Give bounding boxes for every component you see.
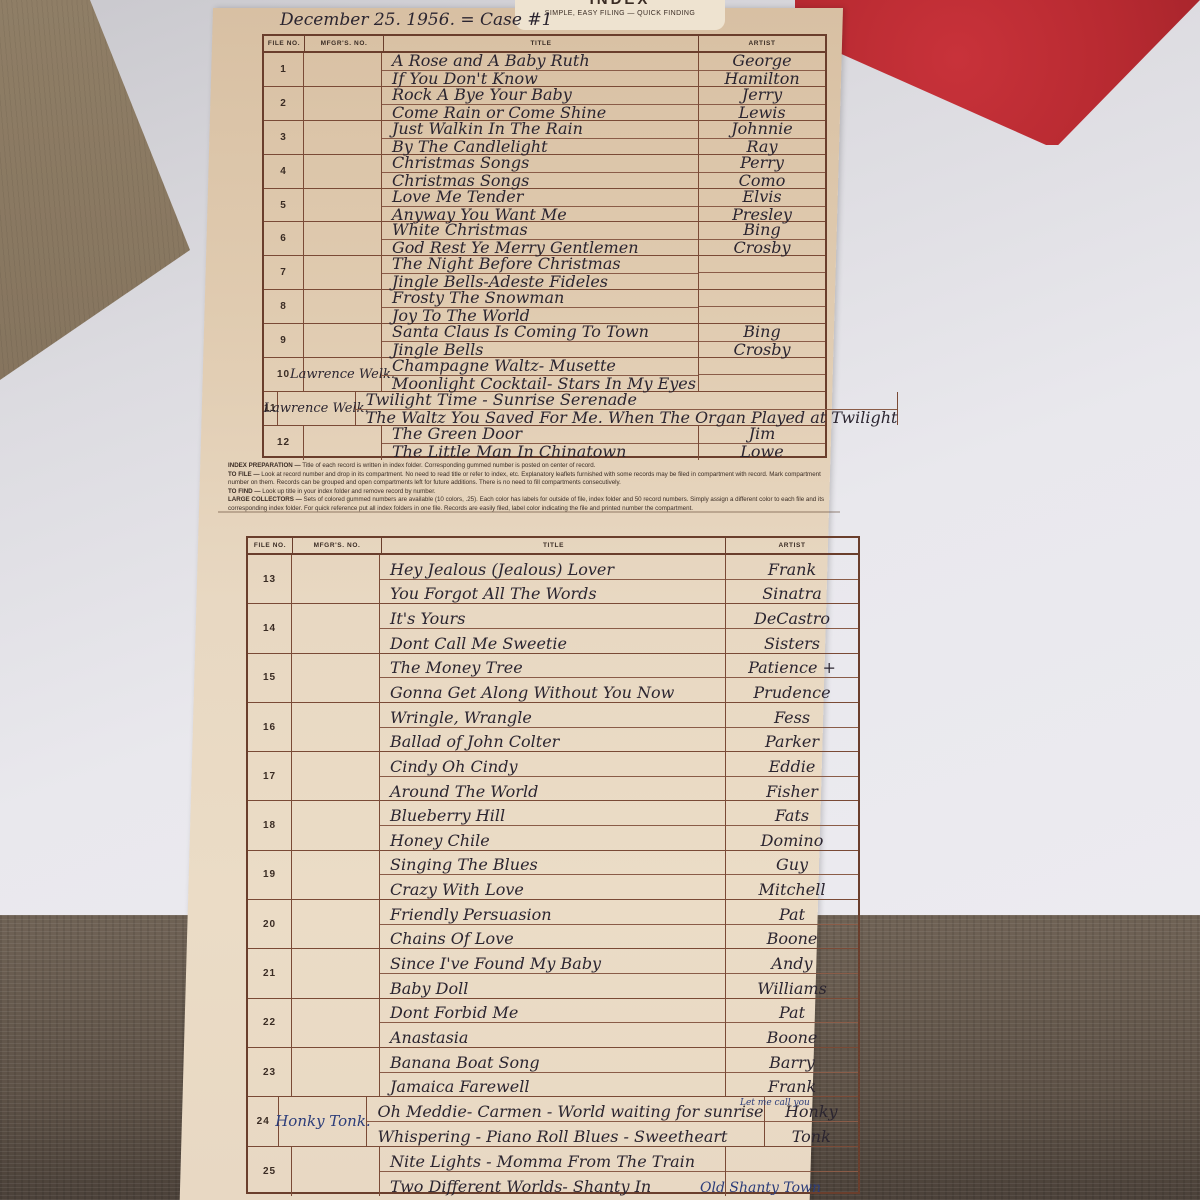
table-row: 4Christmas SongsChristmas SongsPerryComo: [264, 155, 825, 189]
title-cell: Blueberry HillHoney Chile: [380, 801, 726, 849]
mfgr-number: [292, 752, 380, 800]
title-line: The Little Man In Chinatown: [382, 444, 698, 461]
file-number: 12: [264, 426, 304, 460]
file-number: 17: [248, 752, 292, 800]
artist-cell: [699, 290, 825, 323]
header-title: TITLE: [384, 36, 699, 51]
file-number: 21: [248, 949, 292, 997]
margin-note-24: Let me call you: [740, 1098, 810, 1108]
artist-cell: Patience +Prudence: [726, 654, 858, 702]
file-number: 3: [264, 121, 304, 154]
artist-line: Guy: [726, 851, 858, 876]
artist-cell: FatsDomino: [726, 801, 858, 849]
mfgr-number: [304, 426, 382, 460]
mfgr-number: [304, 324, 382, 357]
title-line: Friendly Persuasion: [380, 900, 725, 925]
mfgr-number: Lawrence Welk.: [278, 392, 356, 425]
title-cell: The Night Before ChristmasJingle Bells-A…: [382, 256, 699, 289]
title-cell: The Money TreeGonna Get Along Without Yo…: [380, 654, 726, 702]
table-row: 14It's YoursDont Call Me SweetieDeCastro…: [248, 604, 858, 653]
artist-line: Prudence: [726, 678, 858, 702]
artist-cell: FrankSinatra: [726, 555, 858, 603]
title-line: Singing The Blues: [380, 851, 725, 876]
artist-line: Williams: [726, 974, 858, 998]
artist-line: Pat: [726, 900, 858, 925]
mfgr-number: [304, 53, 382, 86]
file-number: 14: [248, 604, 292, 652]
artist-line: [699, 290, 825, 307]
instructions: INDEX PREPARATION — Title of each record…: [228, 462, 838, 514]
title-line: Christmas Songs: [382, 155, 698, 173]
title-cell: Santa Claus Is Coming To TownJingle Bell…: [382, 324, 699, 357]
artist-line: [699, 307, 825, 323]
mfgr-number: Lawrence Welk.: [304, 358, 382, 391]
title-cell: Friendly PersuasionChains Of Love: [380, 900, 726, 948]
header-mfgr-no: MFGR'S. NO.: [293, 538, 382, 553]
file-number: 19: [248, 851, 292, 899]
title-line: Honey Chile: [380, 826, 725, 850]
margin-note-25: Old Shanty Town: [700, 1180, 821, 1196]
file-number: 9: [264, 324, 304, 357]
title-cell: Banana Boat SongJamaica Farewell: [380, 1048, 726, 1096]
header-artist: ARTIST: [699, 36, 825, 51]
title-cell: It's YoursDont Call Me Sweetie: [380, 604, 726, 652]
title-cell: Singing The BluesCrazy With Love: [380, 851, 726, 899]
table-row: 12The Green DoorThe Little Man In Chinat…: [264, 426, 825, 460]
title-line: Gonna Get Along Without You Now: [380, 678, 725, 702]
to-find-label: TO FIND —: [228, 488, 261, 495]
mfgr-number: Honky Tonk.: [279, 1097, 367, 1145]
header-file-no: FILE NO.: [264, 36, 305, 51]
table-row: 2Rock A Bye Your BabyCome Rain or Come S…: [264, 87, 825, 121]
artist-line: Boone: [726, 925, 858, 949]
to-find-text: Look up title in your index folder and r…: [262, 488, 435, 495]
artist-line: Domino: [726, 826, 858, 850]
artist-cell: PerryComo: [699, 155, 825, 188]
artist-line: Boone: [726, 1023, 858, 1047]
file-number: 8: [264, 290, 304, 323]
table-row: 20Friendly PersuasionChains Of LovePatBo…: [248, 900, 858, 949]
file-number: 13: [248, 555, 292, 603]
title-line: Wringle, Wrangle: [380, 703, 725, 728]
artist-cell: GuyMitchell: [726, 851, 858, 899]
artist-line: Fess: [726, 703, 858, 728]
title-line: Love Me Tender: [382, 189, 698, 207]
table-row: 17Cindy Oh CindyAround The WorldEddieFis…: [248, 752, 858, 801]
title-line: Dont Forbid Me: [380, 999, 725, 1024]
artist-cell: EddieFisher: [726, 752, 858, 800]
title-line: Cindy Oh Cindy: [380, 752, 725, 777]
title-line: Two Different Worlds- Shanty In: [380, 1172, 725, 1196]
table-row: 16Wringle, WrangleBallad of John ColterF…: [248, 703, 858, 752]
mfgr-number: [304, 256, 382, 289]
artist-line: Mitchell: [726, 875, 858, 899]
date-line: December 25. 1956. = Case #1: [280, 10, 552, 30]
index-prep-label: INDEX PREPARATION —: [228, 462, 301, 469]
title-line: Whispering - Piano Roll Blues - Sweethea…: [367, 1122, 763, 1146]
artist-line: Crosby: [699, 342, 825, 359]
title-line: Oh Meddie- Carmen - World waiting for su…: [367, 1097, 763, 1122]
file-number: 22: [248, 999, 292, 1047]
artist-cell: PatBoone: [726, 999, 858, 1047]
title-cell: Wringle, WrangleBallad of John Colter: [380, 703, 726, 751]
file-number: 18: [248, 801, 292, 849]
file-number: 25: [248, 1147, 292, 1196]
table-row: 9Santa Claus Is Coming To TownJingle Bel…: [264, 324, 825, 358]
file-number: 4: [264, 155, 304, 188]
artist-line: [726, 1147, 858, 1172]
artist-line: Pat: [726, 999, 858, 1024]
table-row: 10Lawrence Welk.Champagne Waltz- Musette…: [264, 358, 825, 392]
artist-cell: ElvisPresley: [699, 189, 825, 222]
title-line: Dont Call Me Sweetie: [380, 629, 725, 653]
artist-cell: BingCrosby: [699, 324, 825, 357]
table-row: 21Since I've Found My BabyBaby DollAndyW…: [248, 949, 858, 998]
table-row: 15The Money TreeGonna Get Along Without …: [248, 654, 858, 703]
title-line: Banana Boat Song: [380, 1048, 725, 1073]
artist-line: [699, 256, 825, 273]
table-row: 7The Night Before ChristmasJingle Bells-…: [264, 256, 825, 290]
artist-line: [699, 358, 825, 375]
artist-line: Perry: [699, 155, 825, 173]
title-line: Blueberry Hill: [380, 801, 725, 826]
table-row: 23Banana Boat SongJamaica FarewellBarryF…: [248, 1048, 858, 1097]
title-line: Jamaica Farewell: [380, 1073, 725, 1097]
artist-cell: AndyWilliams: [726, 949, 858, 997]
artist-line: Fats: [726, 801, 858, 826]
artist-line: DeCastro: [726, 604, 858, 629]
artist-line: Elvis: [699, 189, 825, 207]
table-row: 22Dont Forbid MeAnastasiaPatBoone: [248, 999, 858, 1048]
artist-cell: BarryFrank: [726, 1048, 858, 1096]
file-number: 7: [264, 256, 304, 289]
title-line: Around The World: [380, 777, 725, 801]
table-header: FILE NO. MFGR'S. NO. TITLE ARTIST: [248, 538, 858, 555]
header-artist: ARTIST: [726, 538, 858, 553]
artist-line: Eddie: [726, 752, 858, 777]
mfgr-number: [292, 703, 380, 751]
table-row: 18Blueberry HillHoney ChileFatsDomino: [248, 801, 858, 850]
table-row: 1A Rose and A Baby RuthIf You Don't Know…: [264, 53, 825, 87]
table-row: 19Singing The BluesCrazy With LoveGuyMit…: [248, 851, 858, 900]
header-mfgr-no: MFGR'S. NO.: [305, 36, 384, 51]
table-row: 6White ChristmasGod Rest Ye Merry Gentle…: [264, 222, 825, 256]
to-file-text: Look at record number and drop in its co…: [228, 471, 821, 487]
artist-line: Sinatra: [726, 580, 858, 604]
title-cell: Champagne Waltz- MusetteMoonlight Cockta…: [382, 358, 699, 391]
artist-line: Fisher: [726, 777, 858, 801]
mfgr-number: [304, 121, 382, 154]
file-number: 15: [248, 654, 292, 702]
table-row: 8Frosty The SnowmanJoy To The World: [264, 290, 825, 324]
mfgr-number: [304, 222, 382, 255]
mfgr-number: [304, 155, 382, 188]
title-line: You Forgot All The Words: [380, 580, 725, 604]
mfgr-number: [292, 851, 380, 899]
title-cell: Hey Jealous (Jealous) LoverYou Forgot Al…: [380, 555, 726, 603]
index-tab-title: INDEX: [515, 0, 725, 8]
to-file-label: TO FILE —: [228, 471, 260, 478]
mfgr-number: [292, 555, 380, 603]
large-collectors-text: Sets of colored gummed numbers are avail…: [228, 496, 824, 512]
title-line: Since I've Found My Baby: [380, 949, 725, 974]
mfgr-number: [292, 1147, 380, 1196]
table-row: 13Hey Jealous (Jealous) LoverYou Forgot …: [248, 555, 858, 604]
title-cell: Since I've Found My BabyBaby Doll: [380, 949, 726, 997]
artist-line: Frank: [726, 1073, 858, 1097]
artist-line: [699, 375, 825, 391]
mfgr-number: [304, 87, 382, 120]
title-line: Crazy With Love: [380, 875, 725, 899]
mfgr-number: [292, 900, 380, 948]
title-line: Hey Jealous (Jealous) Lover: [380, 555, 725, 580]
artist-line: Andy: [726, 949, 858, 974]
title-cell: A Rose and A Baby RuthIf You Don't Know: [382, 53, 699, 86]
title-line: Baby Doll: [380, 974, 725, 998]
artist-line: Crosby: [699, 240, 825, 257]
title-cell: White ChristmasGod Rest Ye Merry Gentlem…: [382, 222, 699, 255]
mfgr-number: [292, 949, 380, 997]
title-line: Chains Of Love: [380, 925, 725, 949]
mfgr-number: [304, 290, 382, 323]
mfgr-number: [292, 999, 380, 1047]
file-number: 1: [264, 53, 304, 86]
mfgr-number: [292, 654, 380, 702]
artist-cell: FessParker: [726, 703, 858, 751]
title-cell: Nite Lights - Momma From The TrainTwo Di…: [380, 1147, 726, 1196]
title-cell: Rock A Bye Your BabyCome Rain or Come Sh…: [382, 87, 699, 120]
artist-line: Lowe: [699, 444, 825, 461]
artist-cell: PatBoone: [726, 900, 858, 948]
table-row: 11Lawrence Welk.Twilight Time - Sunrise …: [264, 392, 825, 426]
artist-cell: BingCrosby: [699, 222, 825, 255]
artist-cell: JohnnieRay: [699, 121, 825, 154]
title-cell: Christmas SongsChristmas Songs: [382, 155, 699, 188]
mfgr-number: [292, 604, 380, 652]
title-cell: Cindy Oh CindyAround The World: [380, 752, 726, 800]
title-cell: The Green DoorThe Little Man In Chinatow…: [382, 426, 699, 460]
header-title: TITLE: [382, 538, 726, 553]
artist-cell: JerryLewis: [699, 87, 825, 120]
index-table-top: FILE NO. MFGR'S. NO. TITLE ARTIST 1A Ros…: [262, 34, 827, 458]
artist-cell: [699, 358, 825, 391]
title-line: Nite Lights - Momma From The Train: [380, 1147, 725, 1172]
artist-cell: [699, 256, 825, 289]
title-line: Ballad of John Colter: [380, 728, 725, 752]
artist-cell: JimLowe: [699, 426, 825, 460]
artist-line: Barry: [726, 1048, 858, 1073]
mfgr-number: [292, 801, 380, 849]
title-cell: Frosty The SnowmanJoy To The World: [382, 290, 699, 323]
title-line: The Money Tree: [380, 654, 725, 679]
title-cell: Dont Forbid MeAnastasia: [380, 999, 726, 1047]
artist-line: Patience +: [726, 654, 858, 679]
table-row: 3Just Walkin In The RainBy The Candlelig…: [264, 121, 825, 155]
title-cell: Love Me TenderAnyway You Want Me: [382, 189, 699, 222]
index-table-bottom: FILE NO. MFGR'S. NO. TITLE ARTIST 13Hey …: [246, 536, 860, 1194]
index-prep-text: Title of each record is written in index…: [302, 462, 595, 469]
artist-line: Frank: [726, 555, 858, 580]
artist-cell: GeorgeHamilton: [699, 53, 825, 86]
title-line: It's Yours: [380, 604, 725, 629]
file-number: 16: [248, 703, 292, 751]
artist-line: Tonk: [765, 1122, 859, 1146]
file-number: 6: [264, 222, 304, 255]
mfgr-number: [304, 189, 382, 222]
artist-line: Parker: [726, 728, 858, 752]
table-row: 5Love Me TenderAnyway You Want MeElvisPr…: [264, 189, 825, 223]
title-cell: Oh Meddie- Carmen - World waiting for su…: [367, 1097, 764, 1145]
file-number: 23: [248, 1048, 292, 1096]
artist-line: Sisters: [726, 629, 858, 653]
file-number: 20: [248, 900, 292, 948]
large-collectors-label: LARGE COLLECTORS —: [228, 496, 302, 503]
file-number: 2: [264, 87, 304, 120]
title-line: Anastasia: [380, 1023, 725, 1047]
artist-line: [699, 273, 825, 289]
title-cell: Just Walkin In The RainBy The Candleligh…: [382, 121, 699, 154]
file-number: 5: [264, 189, 304, 222]
header-file-no: FILE NO.: [248, 538, 293, 553]
artist-cell: DeCastroSisters: [726, 604, 858, 652]
title-cell: Twilight Time - Sunrise SerenadeThe Walt…: [356, 392, 899, 425]
mfgr-number: [292, 1048, 380, 1096]
